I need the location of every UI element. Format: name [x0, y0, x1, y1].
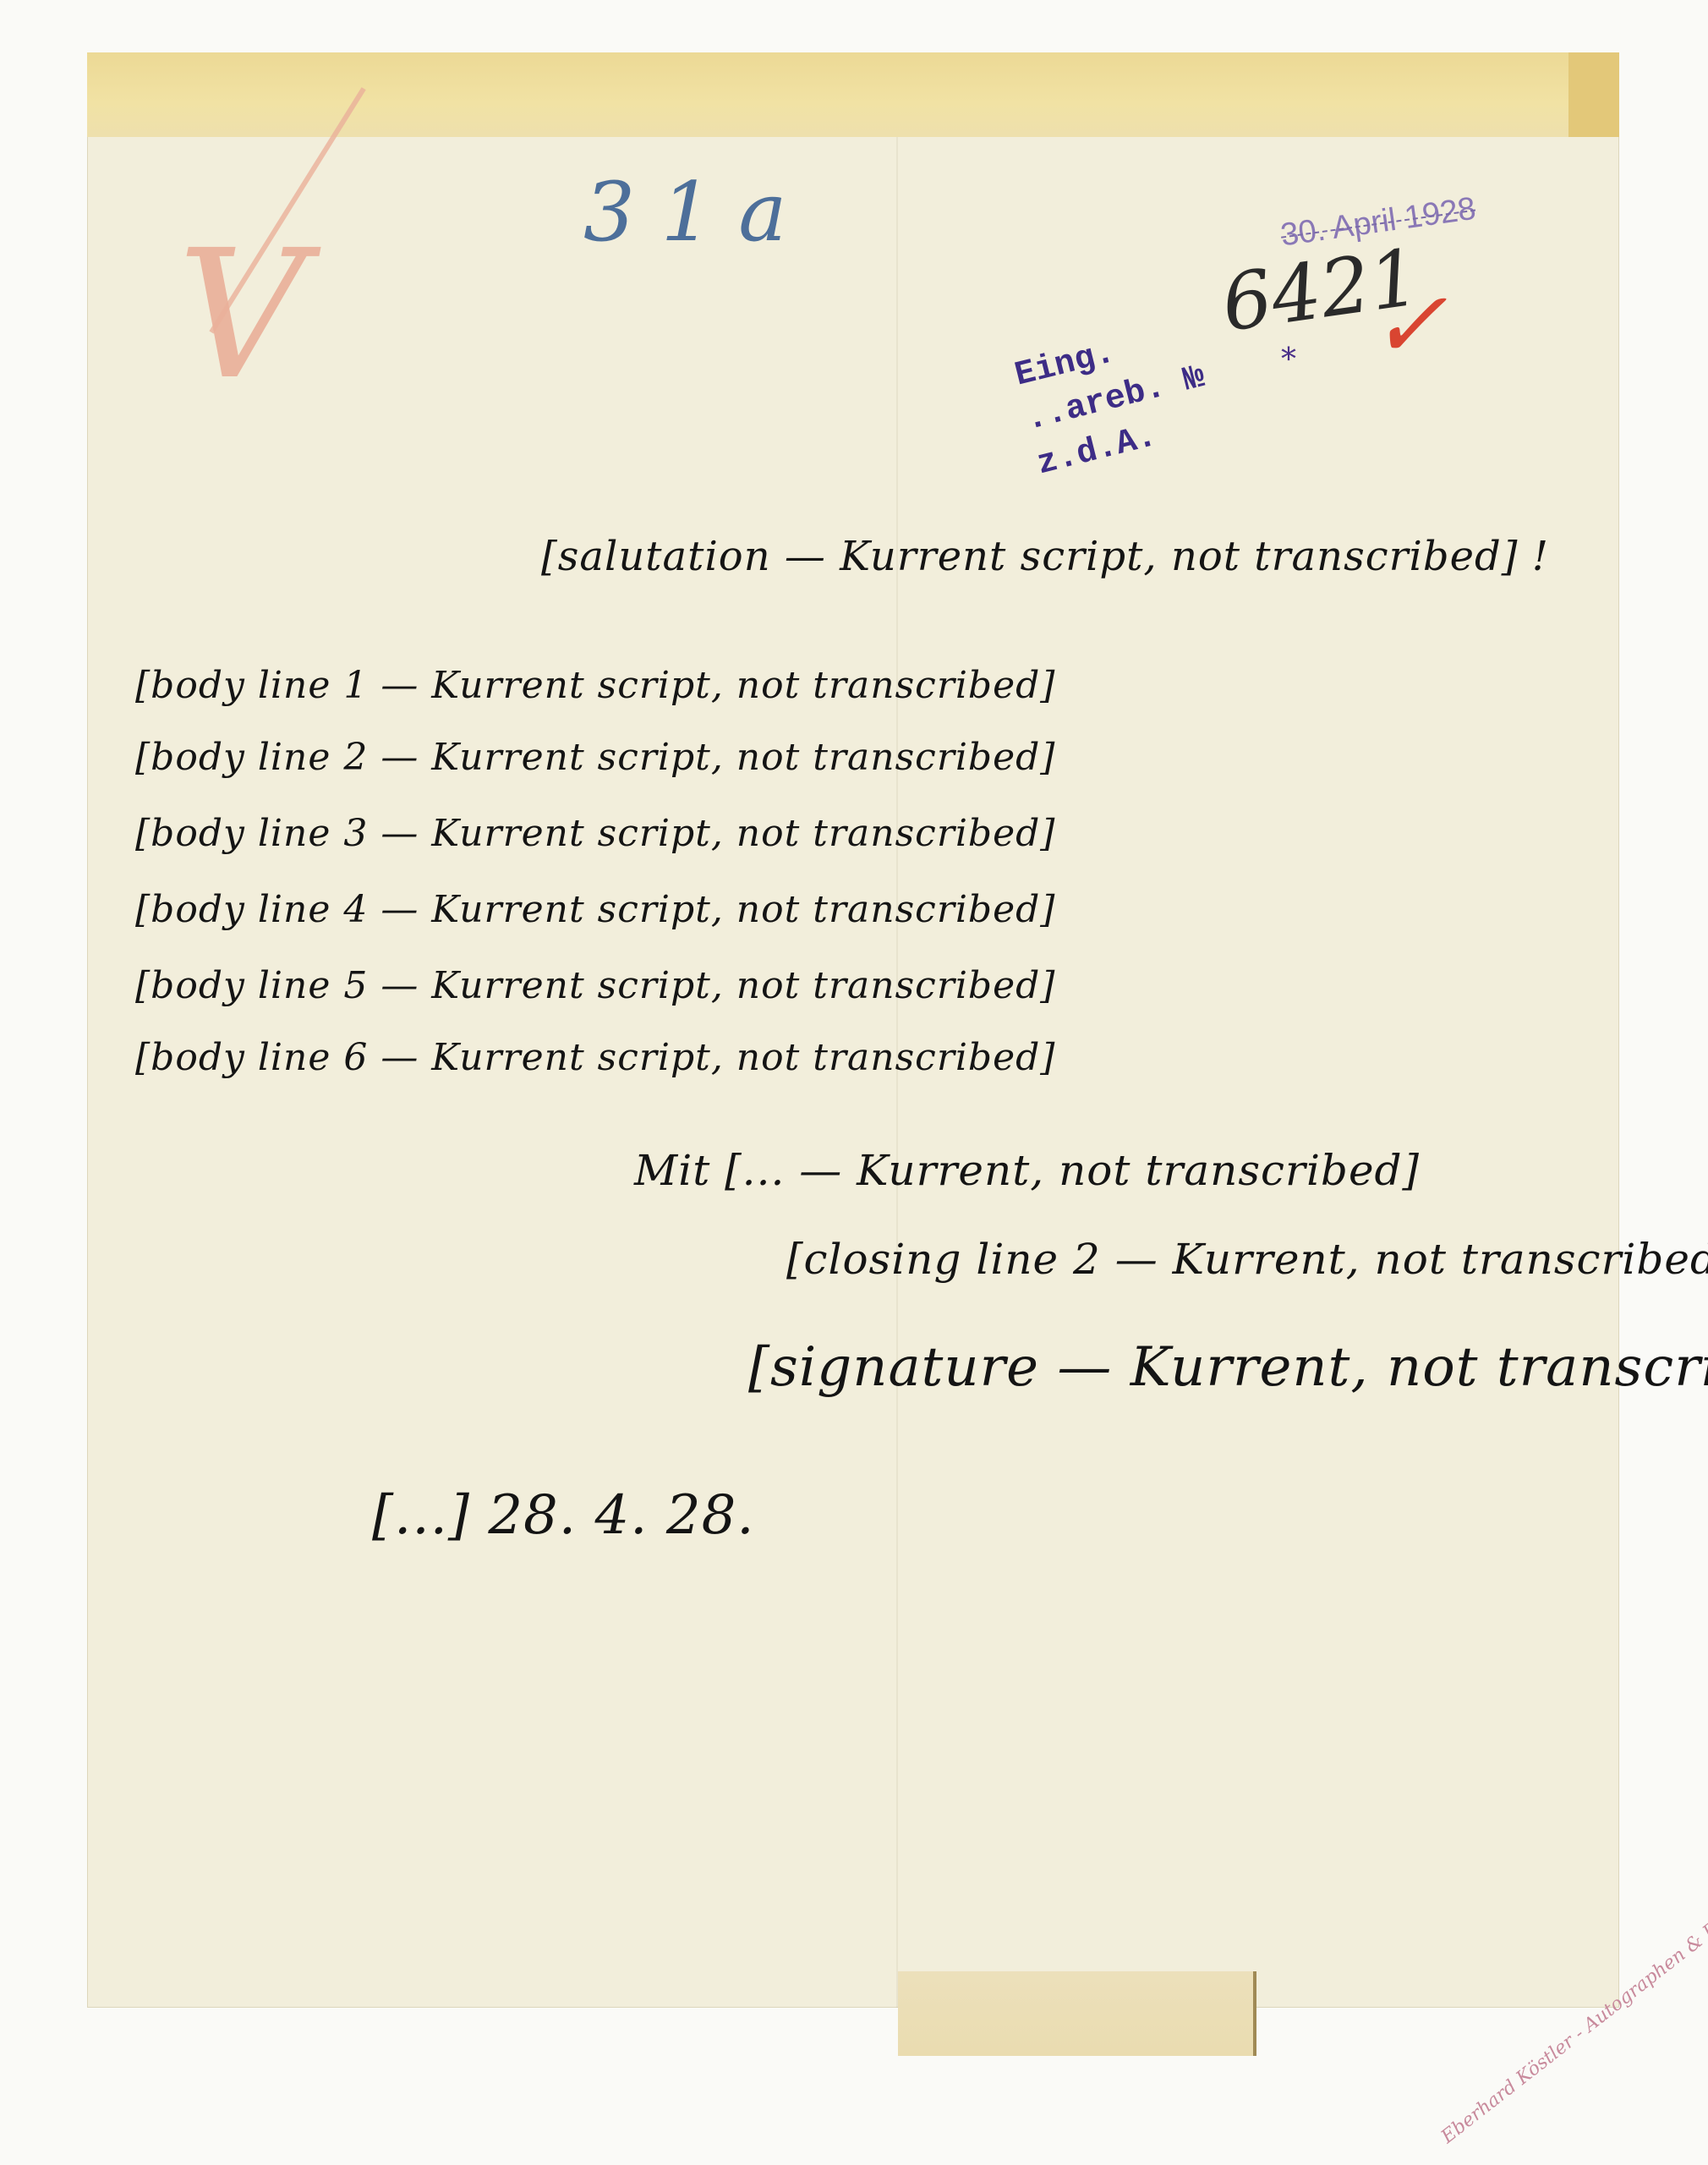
body-line: [body line 2 — Kurrent script, not trans… — [135, 736, 1055, 779]
body-line: [body line 3 — Kurrent script, not trans… — [135, 812, 1055, 855]
signature: [signature — Kurrent, not transcribed]. — [748, 1336, 1708, 1399]
closing-line: [closing line 2 — Kurrent, not transcrib… — [786, 1235, 1708, 1284]
body-line: [body line 1 — Kurrent script, not trans… — [135, 664, 1055, 707]
body-line: [body line 4 — Kurrent script, not trans… — [135, 888, 1055, 931]
date-line: [...] 28. 4. 28. — [372, 1484, 755, 1547]
red-pencil-mark: V — [178, 211, 306, 419]
asterisk-icon: * — [1281, 343, 1296, 377]
paper-fold-line — [896, 52, 898, 2008]
blue-pencil-reference: 3 1 a — [583, 165, 786, 260]
body-line: [body line 6 — Kurrent script, not trans… — [135, 1036, 1055, 1079]
closing-line: Mit [... — Kurrent, not transcribed] — [634, 1146, 1420, 1195]
bottom-tape-strip — [898, 1971, 1256, 2056]
red-check-annotation: ✓ — [1370, 271, 1448, 379]
salutation: [salutation — Kurrent script, not transc… — [541, 533, 1549, 580]
top-tape-strip — [87, 52, 1619, 137]
body-line: [body line 5 — Kurrent script, not trans… — [135, 964, 1055, 1007]
